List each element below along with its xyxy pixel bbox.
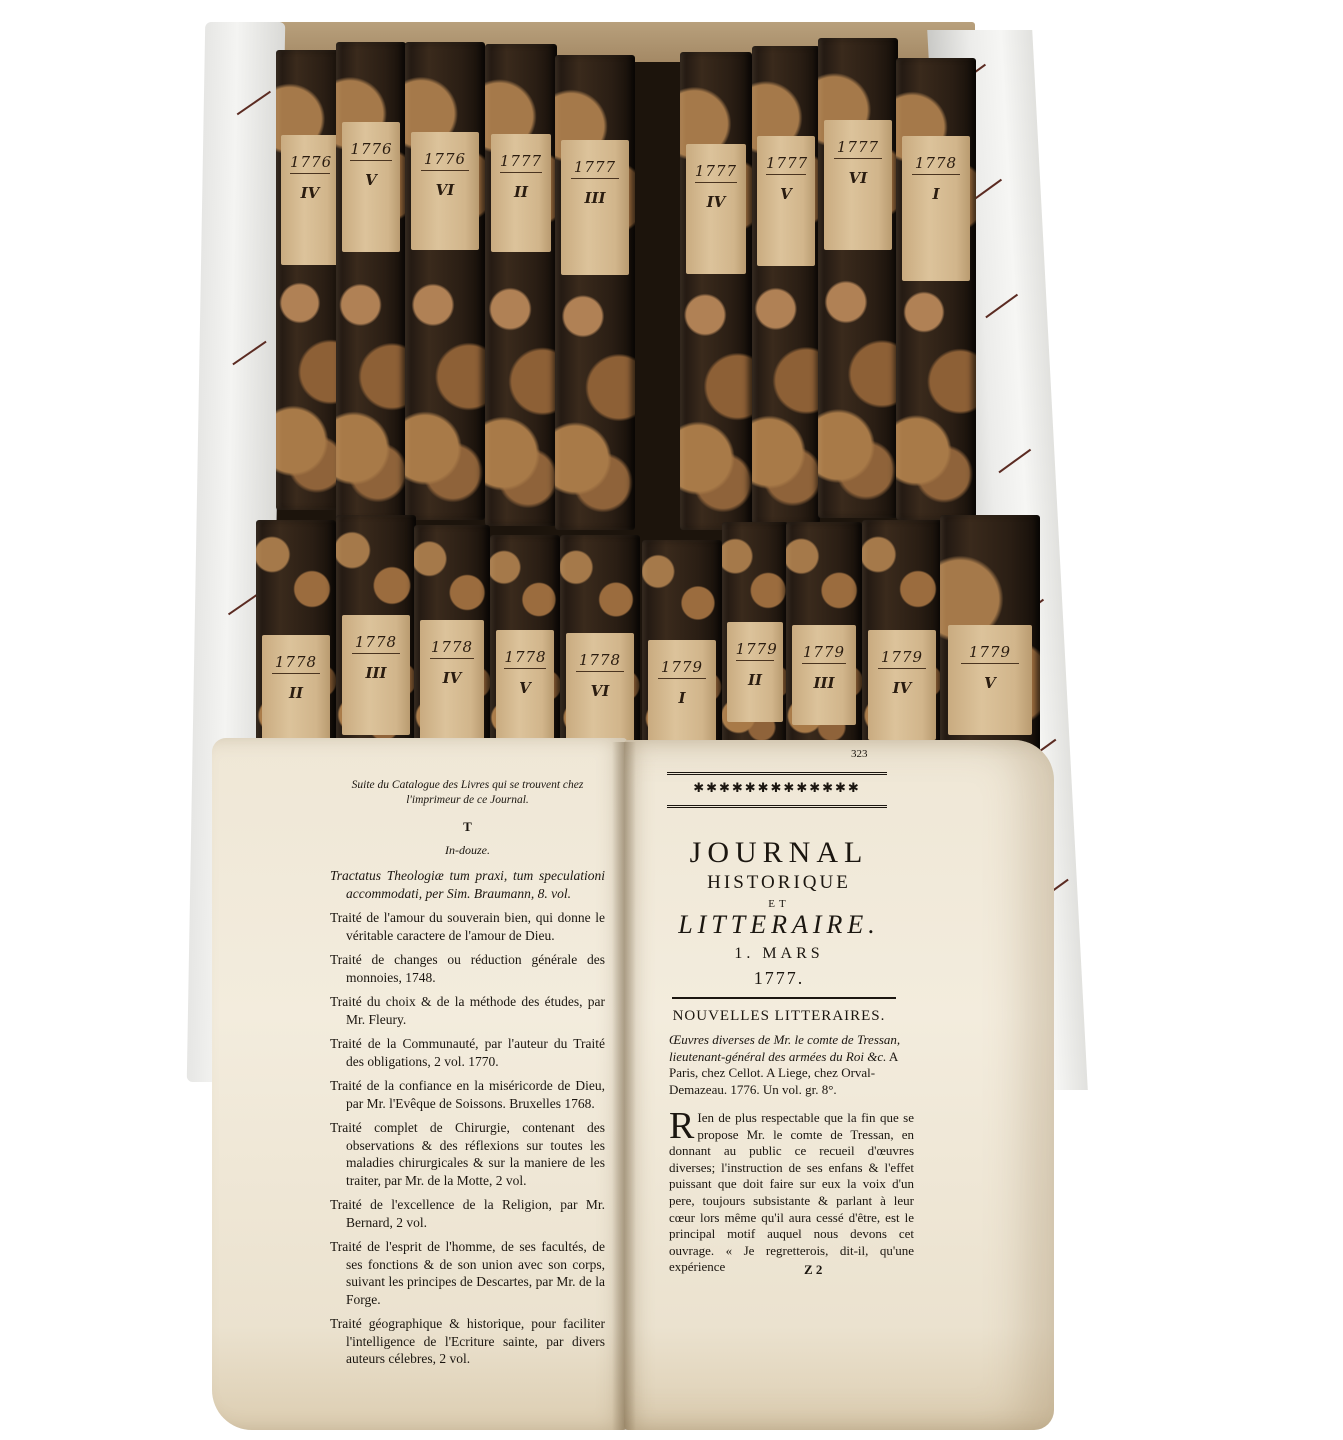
catalogue-entry: Traité complet de Chirurgie, contenant d…	[330, 1119, 605, 1189]
spine-year: 1776	[421, 150, 468, 171]
spine-volume: IV	[868, 679, 935, 697]
spine-volume: IV	[420, 669, 484, 687]
book-spine: 1778IV	[414, 525, 490, 750]
spine-year: 1778	[504, 648, 545, 669]
book-spine: 1779III	[786, 522, 862, 750]
spine-volume: VI	[566, 682, 633, 700]
spine-volume: II	[262, 684, 329, 702]
spine-year: 1777	[766, 154, 806, 175]
spine-volume: III	[792, 674, 856, 692]
spine-year: 1777	[695, 162, 737, 183]
catalogue-text: Suite du Catalogue des Livres qui se tro…	[330, 778, 605, 1375]
spine-label: 1778IV	[420, 620, 484, 750]
section-heading: NOUVELLES LITTERAIRES.	[644, 1008, 914, 1025]
box-stripe	[985, 294, 1018, 319]
spine-label: 1778I	[902, 136, 969, 281]
book-spine: 1777II	[485, 44, 557, 526]
spine-label: 1777II	[491, 134, 551, 252]
book-gutter	[612, 742, 636, 1430]
book-spine: 1778I	[896, 58, 976, 520]
spine-volume: II	[727, 671, 782, 689]
box-stripe	[232, 341, 266, 366]
catalogue-entry: Traité de la Communauté, par l'auteur du…	[330, 1035, 605, 1070]
spine-volume: I	[648, 689, 715, 707]
spine-label: 1777V	[757, 136, 814, 266]
book-spine: 1777V	[752, 46, 820, 524]
spine-year: 1779	[961, 643, 1020, 664]
left-page: Suite du Catalogue des Livres qui se tro…	[212, 738, 627, 1430]
catalogue-letter: T	[330, 818, 605, 836]
catalogue-heading: Suite du Catalogue des Livres qui se tro…	[330, 778, 605, 808]
book-spine: 1777VI	[818, 38, 898, 518]
spine-volume: I	[902, 185, 969, 203]
spine-year: 1779	[878, 648, 925, 669]
book-spine: 1778V	[490, 535, 560, 750]
journal-title-line2: HISTORIQUE	[644, 872, 914, 894]
catalogue-entry: Traité de l'amour du souverain bien, qui…	[330, 909, 605, 944]
spine-volume: III	[561, 189, 628, 207]
spine-year: 1778	[912, 154, 959, 175]
spine-label: 1778V	[496, 630, 555, 750]
title-rule	[672, 997, 896, 999]
journal-title-line3: ET	[644, 898, 914, 910]
box-stripe	[998, 449, 1031, 474]
spine-volume: II	[491, 183, 551, 201]
spine-label: 1778III	[342, 615, 409, 735]
drop-cap: R	[669, 1110, 694, 1142]
book-spine: 1779I	[642, 540, 722, 750]
notice-title: Œuvres diverses de Mr. le comte de Tress…	[669, 1032, 900, 1064]
ornament-band: ✱✱✱✱✱✱✱✱✱✱✱✱✱	[667, 772, 887, 808]
book-spine: 1776V	[336, 42, 406, 520]
book-spine: 1776VI	[405, 42, 485, 520]
catalogue-entry: Traité de la confiance en la miséricorde…	[330, 1077, 605, 1112]
spine-year: 1776	[350, 140, 391, 161]
journal-title: JOURNAL	[644, 836, 914, 870]
spine-label: 1779II	[727, 622, 782, 722]
spine-label: 1776V	[342, 122, 401, 252]
spine-label: 1779IV	[868, 630, 935, 740]
book-spine: 1778VI	[560, 535, 640, 750]
book-spine: 1779IV	[862, 520, 942, 750]
book-spine: 1779II	[722, 522, 788, 750]
issue-date: 1. MARS	[644, 945, 914, 963]
spine-volume: III	[342, 664, 409, 682]
spine-label: 1778VI	[566, 633, 633, 750]
spine-year: 1776	[290, 153, 330, 174]
spine-label: 1777VI	[824, 120, 891, 250]
spine-year: 1778	[576, 651, 623, 672]
spine-volume: IV	[281, 184, 338, 202]
book-spine: 1777III	[555, 55, 635, 530]
catalogue-entry: Tractatus Theologiæ tum praxi, tum specu…	[330, 867, 605, 902]
book-spine: 1776IV	[276, 50, 344, 510]
catalogue-entry: Traité de changes ou réduction générale …	[330, 951, 605, 986]
spine-year: 1779	[736, 640, 775, 661]
spine-year: 1777	[500, 152, 542, 173]
spine-year: 1778	[430, 638, 475, 659]
spine-year: 1778	[352, 633, 399, 654]
book-notice: Œuvres diverses de Mr. le comte de Tress…	[669, 1032, 914, 1098]
book-spine: 1777IV	[680, 52, 752, 530]
catalogue-entry: Traité géographique & historique, pour f…	[330, 1315, 605, 1368]
journal-title-line4: LITTERAIRE.	[644, 910, 914, 940]
spine-year: 1778	[272, 653, 319, 674]
spine-label: 1779III	[792, 625, 856, 725]
spine-volume: VI	[824, 169, 891, 187]
book-spine: 1778III	[336, 515, 416, 750]
spine-year: 1779	[802, 643, 847, 664]
spine-volume: V	[757, 185, 814, 203]
spine-volume: V	[496, 679, 555, 697]
spine-label: 1779I	[648, 640, 715, 750]
review-body: RIen de plus respectable que la fin que …	[669, 1110, 914, 1276]
spine-label: 1779V	[948, 625, 1032, 735]
spine-volume: V	[342, 171, 401, 189]
box-stripe	[237, 91, 271, 116]
spine-label: 1776VI	[411, 132, 478, 250]
right-page: 323 ✱✱✱✱✱✱✱✱✱✱✱✱✱ JOURNAL HISTORIQUE ET …	[624, 740, 1054, 1430]
spine-year: 1777	[834, 138, 881, 159]
spine-year: 1779	[658, 658, 705, 679]
catalogue-entry: Traité de l'esprit de l'homme, de ses fa…	[330, 1238, 605, 1308]
page-number: 323	[851, 748, 868, 760]
catalogue-entry: Traité du choix & de la méthode des étud…	[330, 993, 605, 1028]
review-text: Ien de plus respectable que la fin que s…	[669, 1110, 914, 1274]
spine-label: 1776IV	[281, 135, 338, 265]
spine-volume: IV	[686, 193, 746, 211]
catalogue-format: In-douze.	[330, 842, 605, 860]
spine-volume: VI	[411, 181, 478, 199]
catalogue-entry: Traité de l'excellence de la Religion, p…	[330, 1196, 605, 1231]
spine-year: 1777	[571, 158, 618, 179]
spine-volume: V	[948, 674, 1032, 692]
spine-label: 1778II	[262, 635, 329, 750]
spine-label: 1777III	[561, 140, 628, 275]
issue-year: 1777.	[644, 968, 914, 989]
signature-mark: Z 2	[804, 1262, 822, 1278]
spine-label: 1777IV	[686, 144, 746, 274]
book-spine: 1778II	[256, 520, 336, 750]
